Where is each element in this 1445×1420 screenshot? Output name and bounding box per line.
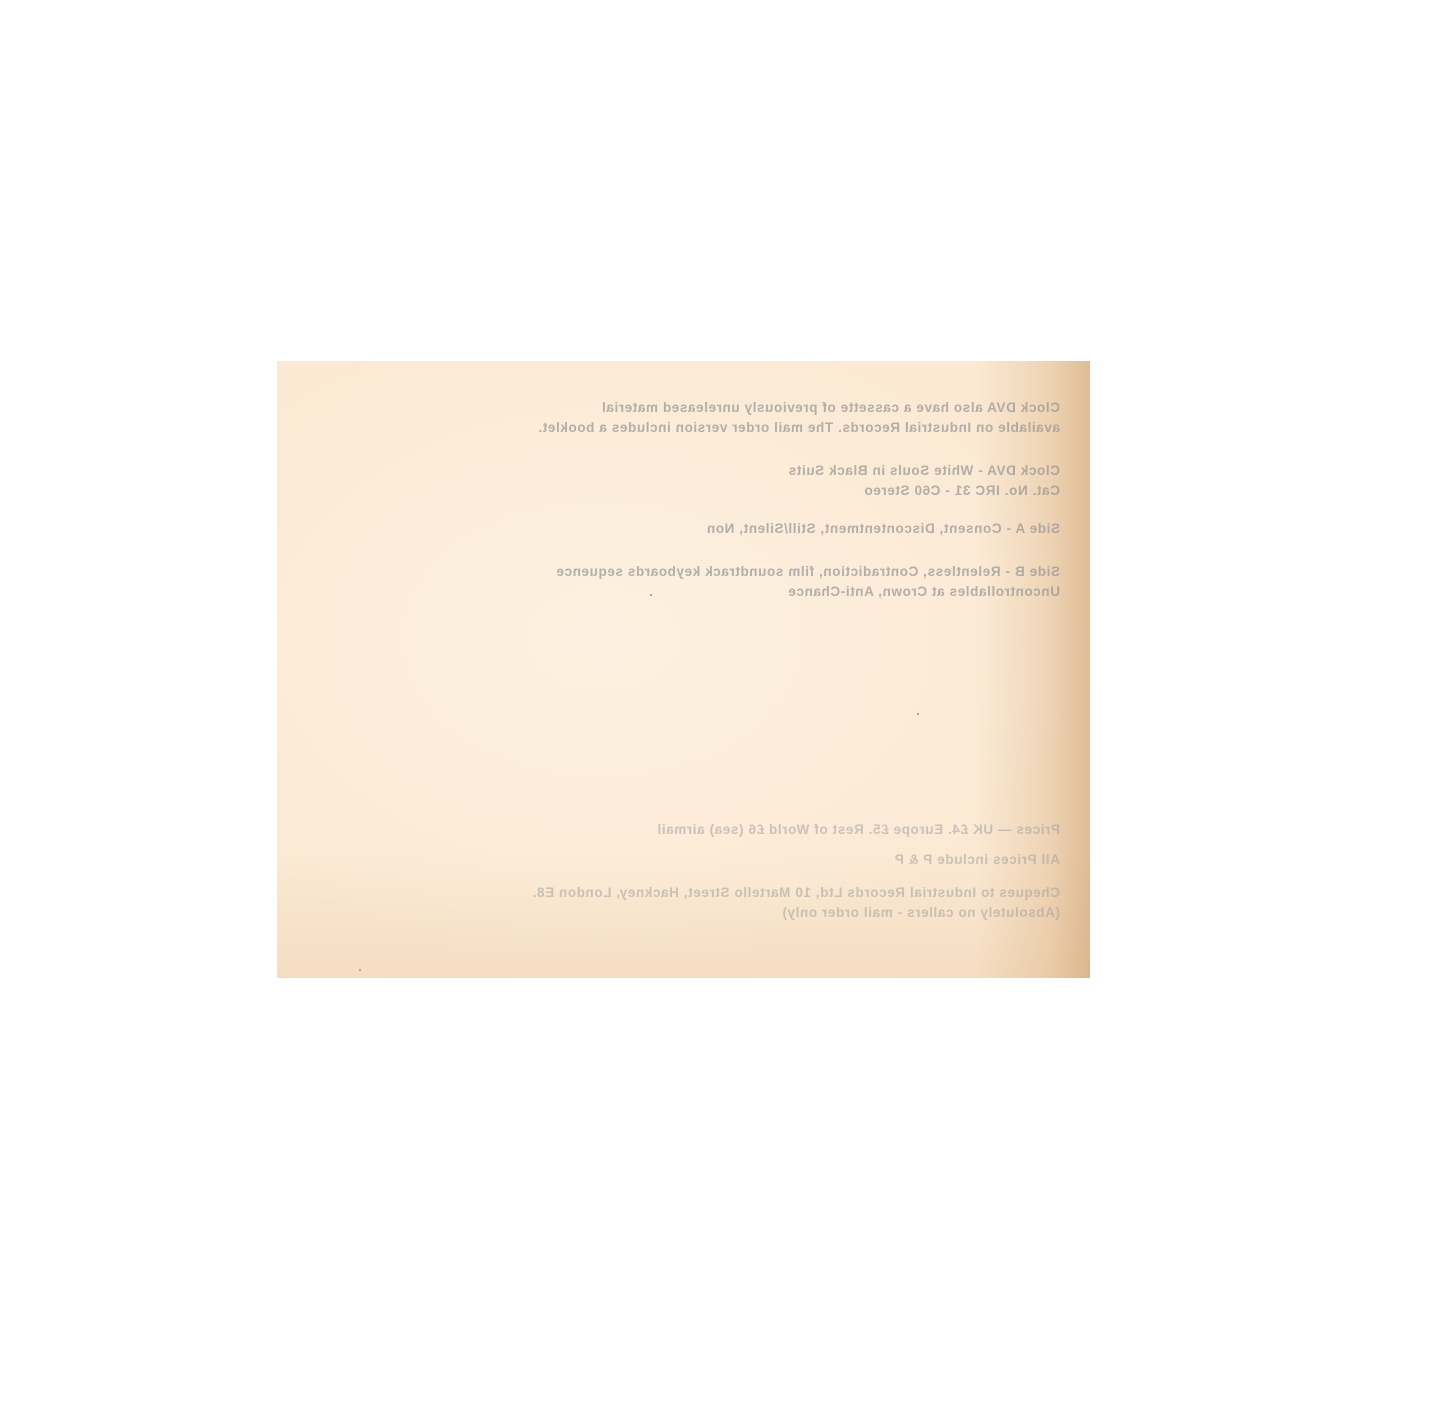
text-line: Clock DVA also have a cassette of previo… xyxy=(538,398,1060,418)
release-info: Clock DVA - White Souls in Black Suits C… xyxy=(788,461,1060,501)
side-b-tracklist: Side B - Relentless, Contradiction, film… xyxy=(556,562,1060,602)
text-line: Prices — UK £4. Europe £5. Rest of World… xyxy=(657,820,1060,840)
catalogue-number: Cat. No. IRC 31 - C60 Stereo xyxy=(788,481,1060,501)
text-line: Uncontrollables at Crown, Anti-Chance xyxy=(556,582,1060,602)
printed-card: Clock DVA also have a cassette of previo… xyxy=(277,361,1090,978)
address-block: Cheques to Industrial Records Ltd, 10 Ma… xyxy=(532,883,1060,923)
intro-paragraph: Clock DVA also have a cassette of previo… xyxy=(538,398,1060,438)
paper-speck xyxy=(359,969,361,971)
release-title: Clock DVA - White Souls in Black Suits xyxy=(788,461,1060,481)
text-line: All Prices include P & P xyxy=(894,850,1060,870)
postage-note: All Prices include P & P xyxy=(894,850,1060,870)
text-line: available on Industrial Records. The mai… xyxy=(538,418,1060,438)
text-line: Cheques to Industrial Records Ltd, 10 Ma… xyxy=(532,883,1060,903)
text-line: Side B - Relentless, Contradiction, film… xyxy=(556,562,1060,582)
mirrored-text-layer: Clock DVA also have a cassette of previo… xyxy=(277,361,1090,978)
side-a-tracklist: Side A - Consent, Discontentment, Still/… xyxy=(706,519,1060,539)
text-line: Side A - Consent, Discontentment, Still/… xyxy=(706,519,1060,539)
prices-line: Prices — UK £4. Europe £5. Rest of World… xyxy=(657,820,1060,840)
paper-speck xyxy=(650,594,652,596)
paper-speck xyxy=(917,713,919,715)
text-line: (Absolutely no callers - mail order only… xyxy=(532,903,1060,923)
